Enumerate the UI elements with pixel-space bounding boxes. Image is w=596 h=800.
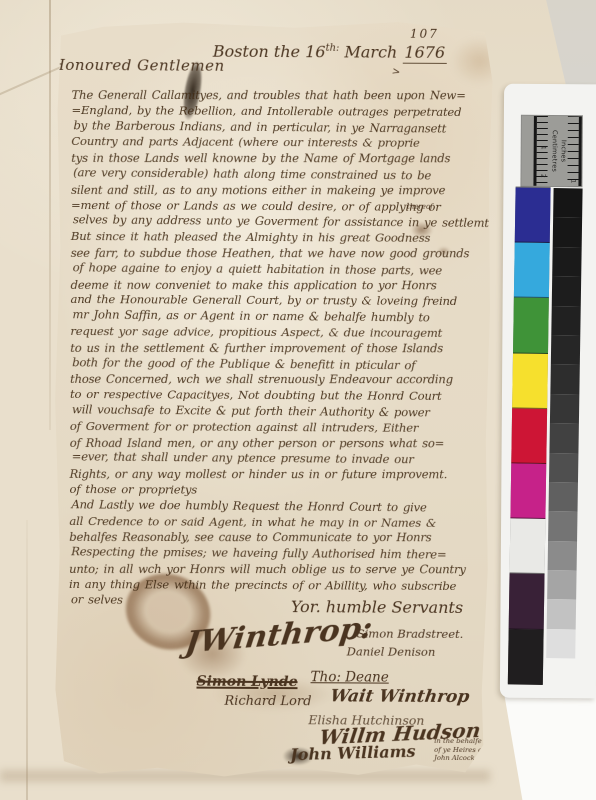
yellow-patch (512, 353, 548, 409)
witness-note: in the behalfe of ye Heires of mr John A… (434, 737, 496, 763)
grayscale-step (553, 217, 582, 247)
dateline-place: Boston the 16 (213, 42, 326, 62)
manuscript-line: And Lastly we doe humbly Request the Hon… (71, 497, 485, 516)
manuscript-line: But since it hath pleased the Almighty i… (71, 229, 485, 247)
dark-violet-patch (509, 574, 545, 630)
ruler-scales: 1 Inches Centimetres 1 2 (521, 116, 581, 186)
black-patch (508, 629, 544, 685)
manuscript-line: all Credence to or said Agent, in what h… (69, 513, 483, 531)
salutation: Honoured Gentlemen (52, 56, 225, 75)
manuscript-line: silent and still, as to any motions eith… (71, 183, 485, 199)
cm-scale-number: 1 (540, 146, 547, 150)
inch-scale: 1 (567, 116, 581, 186)
grayscale-step (553, 188, 582, 218)
color-patch-column (508, 187, 551, 684)
witness-note-line: of ye Heires of mr (434, 745, 496, 754)
grayscale-step (549, 453, 578, 483)
mat-crease (49, 0, 51, 430)
dateline: Boston the 16th: March 1676 (213, 42, 447, 62)
photo-frame: 1 Inches Centimetres 1 2 107 Boston the (0, 0, 596, 800)
dateline-month: March (339, 42, 402, 61)
cm-scale-number: 2 (539, 174, 546, 178)
dateline-ordinal: th: (326, 43, 340, 54)
magenta-patch (510, 463, 546, 519)
centimetres-label: Centimetres (549, 116, 558, 186)
signature-williams: John Williams (290, 742, 416, 765)
white-patch (510, 519, 546, 575)
manuscript-line: deeme it now conveniet to make this appl… (71, 277, 485, 293)
grayscale-step (547, 570, 576, 600)
calibration-card: 1 Inches Centimetres 1 2 (500, 84, 596, 699)
signature-bradstreet: Simon Bradstreet. (357, 626, 464, 641)
inch-scale-number: 1 (569, 179, 576, 183)
manuscript-page: 107 Boston the 16th: March 1676 > Honour… (46, 19, 496, 783)
manuscript-line: to us in the settlement & further improv… (70, 341, 484, 357)
grayscale-step (550, 394, 579, 424)
calibration-columns (508, 187, 586, 688)
manuscript-line: of Goverment for or protection against a… (70, 419, 484, 437)
page-number: 107 (410, 27, 439, 41)
margin-mark: x (51, 225, 57, 238)
date-caret-mark: > (391, 66, 402, 79)
grayscale-step (548, 541, 577, 571)
signature-denison: Daniel Denison (347, 644, 436, 658)
manuscript-line: The Generall Callamityes, and troubles t… (72, 88, 486, 104)
witness-note-line: John Alcock (434, 754, 496, 763)
manuscript-line: (are very considerable) hath along time … (73, 165, 487, 184)
dateline-year: 1676 (402, 43, 447, 64)
manuscript-line: by the Barberous Indians, and in perticu… (73, 118, 487, 137)
red-patch (511, 408, 547, 464)
grayscale-step (550, 364, 579, 394)
backing-sheet (504, 686, 596, 800)
body-text: The Generall Callamityes, and troubles t… (69, 87, 486, 629)
closing-line: Yor. humble Servants (291, 597, 463, 617)
blue-patch (515, 187, 551, 243)
manuscript-line: of hope againe to enjoy a quiett habitat… (73, 260, 487, 279)
manuscript-line: unto; in all wch yor Honrs will much obl… (69, 562, 483, 578)
grayscale-step (552, 247, 581, 277)
signature-wait-winthrop: Wait Winthrop (329, 686, 471, 707)
grayscale-step (551, 335, 580, 365)
manuscript-line: tys in those Lands well knowne by the Na… (71, 151, 485, 167)
cyan-patch (514, 243, 550, 299)
ruler-label: 1 Inches Centimetres 1 2 (521, 116, 581, 186)
grayscale-step (549, 423, 578, 453)
stain (442, 29, 518, 93)
grayscale-step (549, 482, 578, 512)
signature-lynde: Simon Lynde (196, 674, 297, 691)
signature-deane: Tho: Deane (311, 669, 389, 685)
inches-label: Inches (558, 116, 567, 186)
grayscale-step (547, 599, 576, 629)
grayscale-step (548, 511, 577, 541)
green-patch (513, 298, 549, 354)
manuscript-line: request yor sage advice, propitious Aspe… (70, 324, 484, 342)
interline-note: thereof (407, 203, 433, 211)
signature-lord: Richard Lord (224, 694, 311, 709)
grayscale-column (546, 188, 582, 659)
manuscript-line: Respecting the pmises; we haveing fully … (71, 544, 485, 563)
witness-note-line: in the behalfe (434, 737, 496, 746)
mat-crease (26, 520, 28, 800)
grayscale-step (552, 276, 581, 306)
manuscript-line: those Concerned, wch we shall strenuousl… (70, 372, 484, 388)
manuscript-line: see farr, to subdue those Heathen, that … (71, 246, 485, 262)
manuscript-line: Rights, or any way mollest or hinder us … (70, 467, 484, 483)
cm-scale: 1 2 (533, 116, 547, 186)
grayscale-step (551, 306, 580, 336)
grayscale-step (546, 629, 575, 659)
